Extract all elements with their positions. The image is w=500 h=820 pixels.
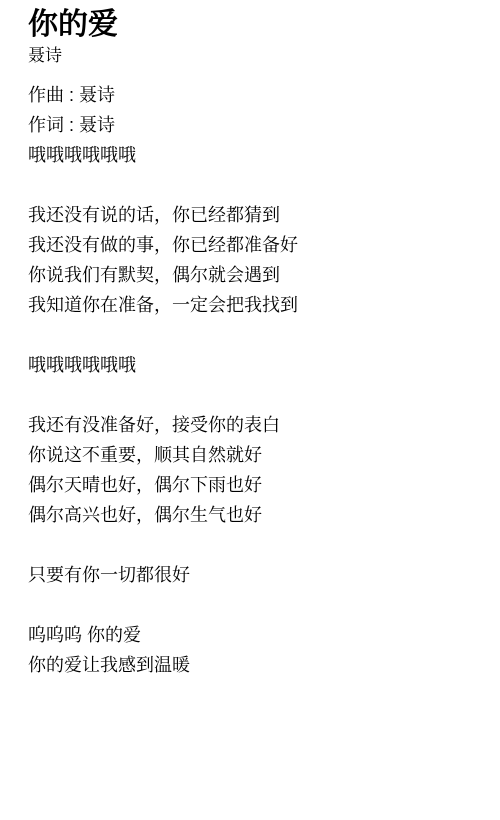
lyric-block: 只要有你一切都很好	[28, 560, 472, 590]
lyric-line: 你的爱让我感到温暖	[28, 650, 472, 680]
lyric-line: 我还没有做的事，你已经都准备好	[28, 230, 472, 260]
lyric-line: 哦哦哦哦哦哦	[28, 140, 472, 170]
lyric-line: 作曲 : 聂诗	[28, 80, 472, 110]
lyrics-section: 作曲 : 聂诗作词 : 聂诗哦哦哦哦哦哦我还没有说的话，你已经都猜到我还没有做的…	[28, 80, 472, 680]
lyric-block: 作曲 : 聂诗作词 : 聂诗哦哦哦哦哦哦	[28, 80, 472, 170]
lyric-line: 作词 : 聂诗	[28, 110, 472, 140]
artist-name: 聂诗	[28, 44, 472, 68]
lyric-line: 只要有你一切都很好	[28, 560, 472, 590]
lyric-block: 哦哦哦哦哦哦	[28, 350, 472, 380]
lyric-line: 我还没有说的话，你已经都猜到	[28, 200, 472, 230]
lyric-line: 偶尔高兴也好，偶尔生气也好	[28, 500, 472, 530]
lyric-block: 我还没有说的话，你已经都猜到我还没有做的事，你已经都准备好你说我们有默契，偶尔就…	[28, 200, 472, 320]
lyric-line: 我知道你在准备，一定会把我找到	[28, 290, 472, 320]
lyric-line: 呜呜呜 你的爱	[28, 620, 472, 650]
page-title: 你的爱	[28, 6, 472, 44]
lyrics-page: 你的爱 聂诗 作曲 : 聂诗作词 : 聂诗哦哦哦哦哦哦我还没有说的话，你已经都猜…	[0, 0, 500, 820]
lyric-line: 你说这不重要，顺其自然就好	[28, 440, 472, 470]
lyric-line: 我还有没准备好，接受你的表白	[28, 410, 472, 440]
lyric-block: 呜呜呜 你的爱你的爱让我感到温暖	[28, 620, 472, 680]
lyric-line: 偶尔天晴也好，偶尔下雨也好	[28, 470, 472, 500]
lyric-line: 你说我们有默契，偶尔就会遇到	[28, 260, 472, 290]
lyric-line: 哦哦哦哦哦哦	[28, 350, 472, 380]
lyric-block: 我还有没准备好，接受你的表白你说这不重要，顺其自然就好偶尔天晴也好，偶尔下雨也好…	[28, 410, 472, 530]
